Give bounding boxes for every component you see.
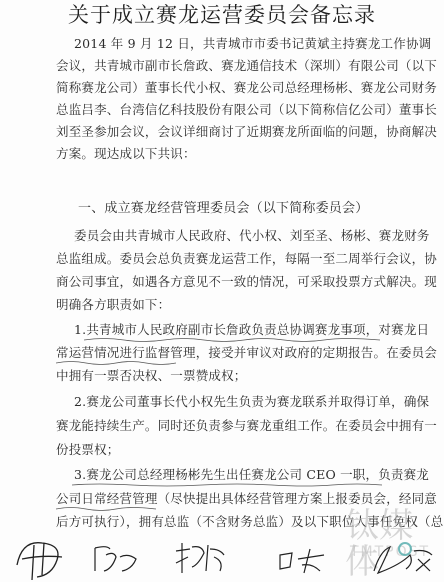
section-line-3: 商公司事宜，如遇各方意见不一致的情况，可采取投票方式解决。现 — [56, 274, 382, 290]
item-2-line-3: 份投票权； — [56, 442, 382, 458]
handwritten-underline — [84, 337, 380, 343]
item-1-line-1: 1.共青城市人民政府副市长詹政负责总协调赛龙事项，对赛龙日 — [74, 322, 400, 338]
item-1-line-2: 常运营情况进行监督管理，接受并审议对政府的定期报告。在委员会 — [56, 345, 382, 361]
intro-line-4: 总监吕李、台湾信亿科技股份有限公司（以下简称信亿公司）董事长 — [56, 102, 382, 118]
item-2-line-1: 2.赛龙公司董事长代小权先生负责为赛龙联系并取得订单，确保 — [74, 394, 400, 410]
signatures-row — [0, 535, 444, 582]
signature-1 — [12, 535, 72, 582]
section-line-4: 明确各方职责如下： — [56, 297, 382, 313]
intro-line-2: 会议，共青城市副市长詹政、赛龙通信技术（深圳）有限公司（以下 — [56, 58, 382, 74]
intro-line-1: 2014 年 9 月 12 日，共青城市市委书记黄斌主持赛龙工作协调 — [74, 36, 400, 52]
intro-line-5: 刘至圣参加会议，会议详细商讨了近期赛龙所面临的问题，协商解决 — [56, 124, 382, 140]
item-2-line-2: 赛龙能持续生产。同时还负责参与赛龙重组工作。在委员会中拥有一 — [56, 418, 382, 434]
signature-4 — [278, 545, 328, 577]
intro-line-6: 方案。现达成以下共识： — [56, 146, 382, 162]
signature-2 — [92, 543, 142, 578]
item-3-line-3: 后方可执行），拥有总监（不含财务总监）及以下职位人事任免权（总 — [56, 514, 382, 530]
section-heading: 一、成立赛龙经营管理委员会（以下简称委员会） — [78, 201, 404, 217]
signature-3 — [172, 539, 232, 577]
intro-line-3: 简称赛龙公司）董事长代小权、赛龙公司总经理杨彬、赛龙公司财务 — [56, 80, 382, 96]
document-title: 关于成立赛龙运营委员会备忘录 — [0, 2, 444, 28]
section-line-1: 委员会由共青城市人民政府、代小权、刘至圣、杨彬、赛龙财务 — [74, 228, 400, 244]
item-1-line-3: 中拥有一票否决权、一票赞成权； — [56, 368, 382, 384]
item-3-line-2: 公司日常经营管理（尽快提出具体经营管理方案上报委员会，经同意 — [56, 491, 382, 507]
document-page: 关于成立赛龙运营委员会备忘录 2014 年 9 月 12 日，共青城市市委书记黄… — [0, 0, 444, 582]
section-line-2: 总监组成。委员会总负责赛龙运营工作，每隔一至二周举行会议，协 — [56, 251, 382, 267]
item-3-line-1: 3.赛龙公司总经理杨彬先生出任赛龙公司 CEO 一职，负责赛龙 — [74, 467, 400, 483]
signature-5 — [370, 541, 436, 577]
handwritten-underline — [56, 360, 176, 366]
handwritten-underline — [56, 506, 156, 512]
handwritten-underline — [72, 482, 382, 488]
